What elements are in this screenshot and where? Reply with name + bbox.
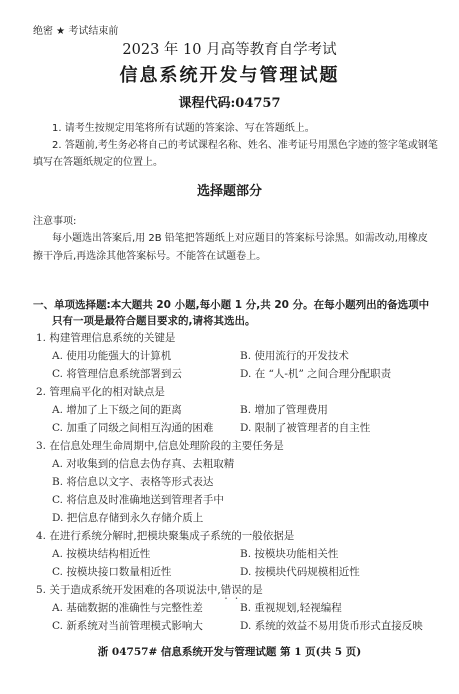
question-4-option-b: B. 按模块功能相关性 xyxy=(240,546,338,561)
question-2-option-d: D. 限制了被管理者的自主性 xyxy=(240,420,370,435)
notice-label: 注意事项: xyxy=(33,212,76,227)
notice-line-2: 擦干净后,再选涂其他答案标号。不能答在试题卷上。 xyxy=(33,247,266,262)
notice-line-1: 每小题选出答案后,用 2B 铅笔把答题纸上对应题目的答案标号涂黑。如需改动,用橡… xyxy=(52,229,428,244)
confidential-label: 绝密 ★ 考试结束前 xyxy=(33,22,118,37)
paper-title: 信息系统开发与管理试题 xyxy=(0,61,459,87)
question-5-stem: 5. 关于造成系统开发困难的各项说法中,错误的是 xyxy=(36,582,263,602)
question-4-stem: 4. 在进行系统分解时,把模块聚集成子系统的一般依据是 xyxy=(36,528,294,543)
question-5-stem-after: 的是 xyxy=(242,584,263,596)
question-1-option-d: D. 在 “人-机” 之间合理分配职责 xyxy=(240,366,391,381)
question-5-option-c: C. 新系统对当前管理模式影响大 xyxy=(52,618,203,633)
course-code: 课程代码:04757 xyxy=(0,92,459,111)
question-3-stem: 3. 在信息处理生命周期中,信息处理阶段的主要任务是 xyxy=(36,438,284,453)
question-1-option-b: B. 使用流行的开发技术 xyxy=(240,348,349,363)
question-3-option-b: B. 将信息以文字、表格等形式表达 xyxy=(52,474,213,489)
instruction-2-cont: 填写在答题纸规定的位置上。 xyxy=(33,153,163,168)
question-2-option-a: A. 增加了上下级之间的距离 xyxy=(52,402,182,417)
question-3-option-a: A. 对收集到的信息去伪存真、去粗取精 xyxy=(52,456,234,471)
question-4-option-c: C. 按模块接口数量相近性 xyxy=(52,564,171,579)
question-5-option-b: B. 重视规划,轻视编程 xyxy=(240,600,342,615)
question-1-option-c: C. 将管理信息系统部署到云 xyxy=(52,366,182,381)
question-2-stem: 2. 管理扁平化的相对缺点是 xyxy=(36,384,165,399)
question-5-option-a: A. 基础数据的准确性与完整性差 xyxy=(52,600,203,615)
question-3-option-d: D. 把信息存储到永久存储介质上 xyxy=(52,510,203,525)
instruction-1: 1. 请考生按规定用笔将所有试题的答案涂、写在答题纸上。 xyxy=(52,119,315,134)
part-one-heading-cont: 只有一项是最符合题目要求的,请将其选出。 xyxy=(52,313,256,328)
question-2-option-c: C. 加重了同级之间相互沟通的困难 xyxy=(52,420,213,435)
question-5-stem-before: 5. 关于造成系统开发困难的各项说法中, xyxy=(36,584,221,596)
section-title: 选择题部分 xyxy=(0,180,459,199)
page-footer: 浙 04757# 信息系统开发与管理试题 第 1 页(共 5 页) xyxy=(0,644,459,659)
question-3-option-c: C. 将信息及时准确地送到管理者手中 xyxy=(52,492,224,507)
question-5-emphasis: 错误 xyxy=(221,584,242,596)
question-1-option-a: A. 使用功能强大的计算机 xyxy=(52,348,171,363)
part-one-heading: 一、单项选择题:本大题共 20 小题,每小题 1 分,共 20 分。在每小题列出… xyxy=(33,297,429,312)
exam-title: 2023 年 10 月高等教育自学考试 xyxy=(0,38,459,59)
question-4-option-a: A. 按模块结构相近性 xyxy=(52,546,150,561)
question-4-option-d: D. 按模块代码规模相近性 xyxy=(240,564,360,579)
question-1-stem: 1. 构建管理信息系统的关键是 xyxy=(36,330,175,345)
instruction-2: 2. 答题前,考生务必将自己的考试课程名称、姓名、准考证号用黑色字迹的签字笔或钢… xyxy=(52,136,438,151)
question-5-option-d: D. 系统的效益不易用货币形式直接反映 xyxy=(240,618,423,633)
question-2-option-b: B. 增加了管理费用 xyxy=(240,402,328,417)
